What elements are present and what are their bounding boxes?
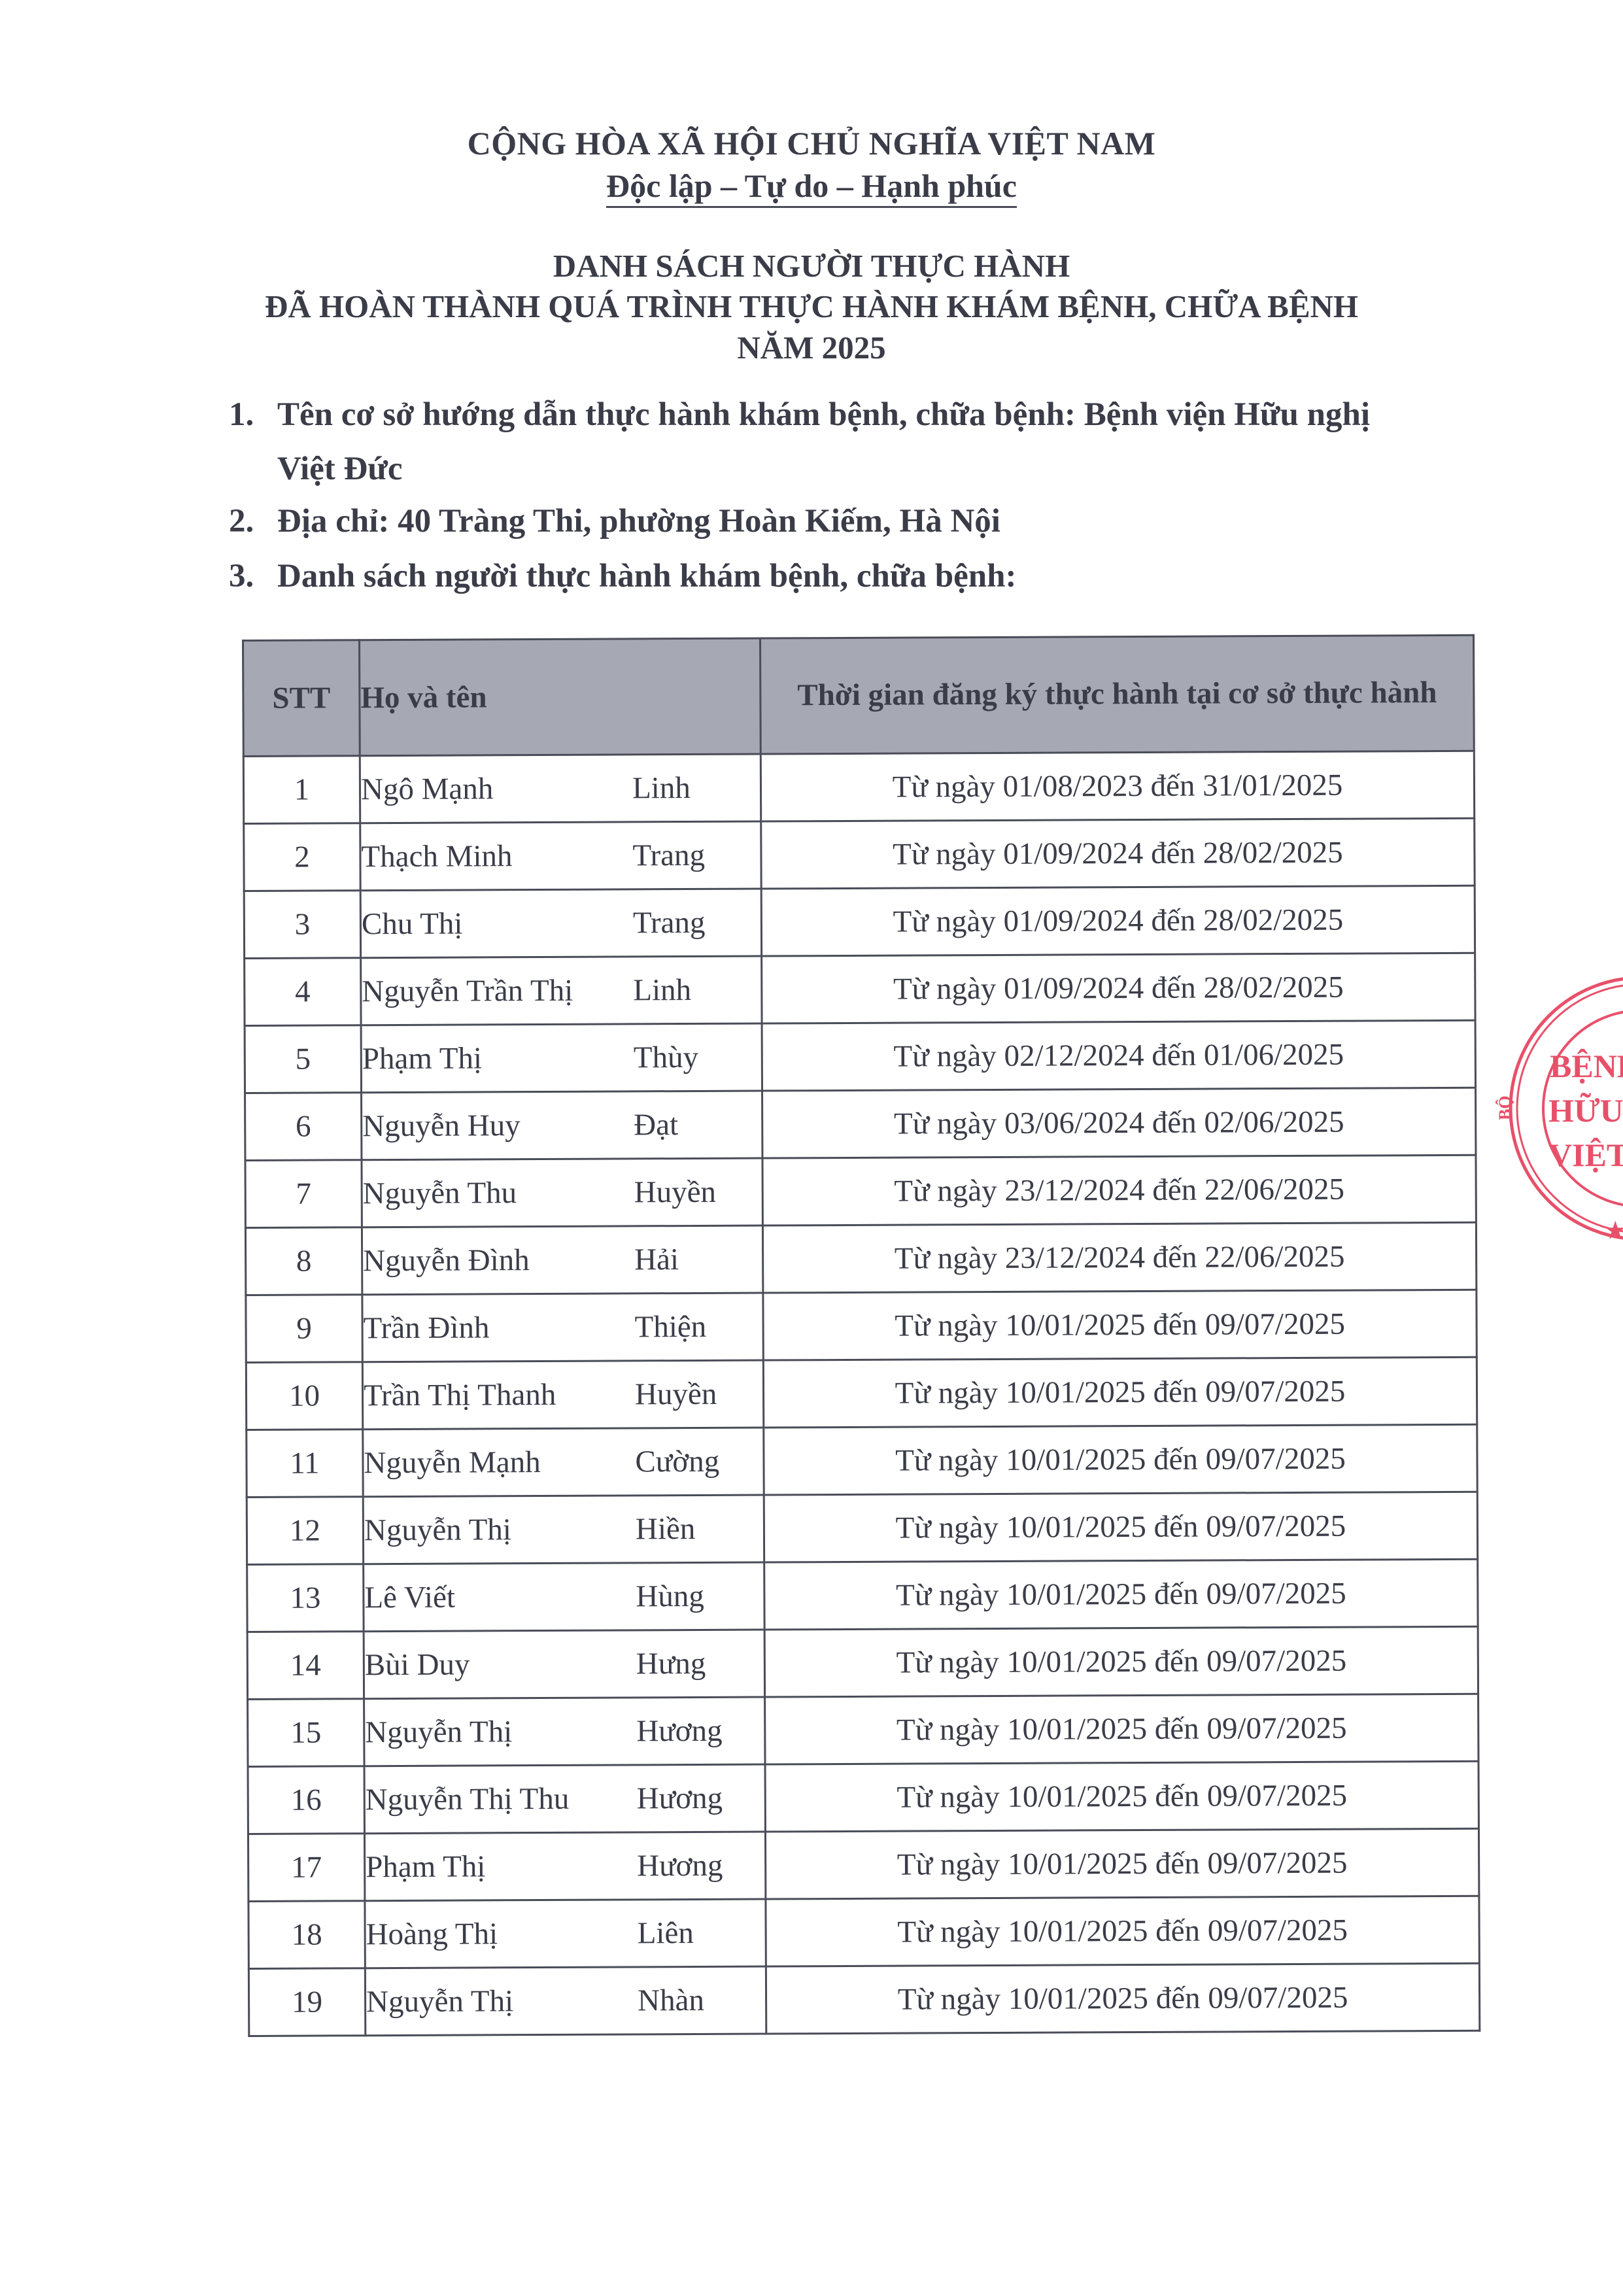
given-name: Trang (632, 838, 705, 873)
table-row: 19Nguyễn ThịNhànTừ ngày 10/01/2025 đến 0… (248, 1963, 1479, 2036)
given-name: Cường (635, 1444, 719, 1480)
header-stt: STT (243, 640, 360, 757)
table-row: 17Phạm ThịHươngTừ ngày 10/01/2025 đến 09… (248, 1828, 1478, 1901)
info-number: 2. (229, 502, 277, 540)
national-motto-text: Độc lập – Tự do – Hạnh phúc (606, 167, 1017, 208)
cell-name: Nguyễn HuyĐạt (362, 1091, 762, 1160)
cell-name: Nguyễn Trần ThịLinh (361, 956, 762, 1025)
header-name: Họ và tên (360, 638, 761, 756)
table-row: 9Trần ĐìnhThiệnTừ ngày 10/01/2025 đến 09… (246, 1290, 1477, 1362)
cell-period: Từ ngày 10/01/2025 đến 09/07/2025 (765, 1694, 1478, 1764)
cell-period: Từ ngày 01/09/2024 đến 28/02/2025 (761, 818, 1475, 889)
given-name: Hương (637, 1781, 723, 1817)
cell-stt: 9 (246, 1295, 362, 1363)
cell-period: Từ ngày 02/12/2024 đến 01/06/2025 (762, 1020, 1475, 1091)
info-text: Danh sách người thực hành khám bệnh, chữ… (277, 558, 1016, 594)
family-name: Phạm Thị (362, 1040, 482, 1076)
cell-name: Nguyễn ĐìnhHải (362, 1225, 762, 1295)
cell-name: Trần Thị ThanhHuyền (362, 1360, 763, 1430)
family-name: Nguyễn Thị Thu (366, 1781, 570, 1817)
cell-stt: 1 (243, 756, 360, 824)
given-name: Linh (633, 972, 691, 1008)
given-name: Hưng (636, 1646, 706, 1681)
cell-name: Thạch MinhTrang (360, 821, 761, 891)
document-title-line-1: DANH SÁCH NGƯỜI THỰC HÀNH (0, 247, 1623, 284)
family-name: Nguyễn Trần Thị (362, 973, 573, 1009)
stamp-line-2: HỮU (1548, 1091, 1623, 1129)
info-text: Địa chỉ: 40 Tràng Thi, phường Hoàn Kiếm,… (277, 503, 1000, 540)
table-row: 8Nguyễn ĐìnhHảiTừ ngày 23/12/2024 đến 22… (245, 1222, 1476, 1295)
table-row: 4Nguyễn Trần ThịLinhTừ ngày 01/09/2024 đ… (245, 953, 1475, 1025)
table-row: 2Thạch MinhTrangTừ ngày 01/09/2024 đến 2… (244, 818, 1475, 891)
family-name: Ngô Mạnh (361, 771, 494, 807)
family-name: Thạch Minh (361, 838, 512, 874)
cell-period: Từ ngày 10/01/2025 đến 09/07/2025 (764, 1424, 1477, 1495)
given-name: Thùy (634, 1040, 698, 1075)
cell-period: Từ ngày 23/12/2024 đến 22/06/2025 (762, 1155, 1476, 1225)
info-item-list-label: 3.Danh sách người thực hành khám bệnh, c… (229, 557, 1016, 595)
cell-period: Từ ngày 10/01/2025 đến 09/07/2025 (766, 1896, 1479, 1966)
national-motto: Độc lập – Tự do – Hạnh phúc (0, 167, 1623, 208)
cell-stt: 12 (247, 1497, 363, 1565)
family-name: Chu Thị (362, 906, 463, 942)
family-name: Nguyễn Đình (363, 1242, 530, 1278)
family-name: Nguyễn Huy (362, 1108, 521, 1144)
cell-stt: 14 (247, 1632, 364, 1700)
cell-name: Nguyễn ThịNhàn (365, 1966, 766, 2036)
cell-period: Từ ngày 10/01/2025 đến 09/07/2025 (765, 1761, 1478, 1832)
family-name: Nguyễn Thu (363, 1175, 517, 1211)
cell-stt: 5 (245, 1025, 361, 1093)
cell-stt: 6 (245, 1093, 362, 1161)
given-name: Đạt (634, 1107, 678, 1142)
cell-stt: 15 (248, 1699, 364, 1767)
given-name: Hương (636, 1713, 723, 1749)
family-name: Nguyễn Thị (366, 1983, 513, 2019)
cell-name: Nguyễn Thị ThuHương (364, 1764, 765, 1834)
cell-name: Nguyễn MạnhCường (363, 1428, 764, 1497)
cell-name: Nguyễn ThịHiền (363, 1495, 764, 1564)
table-row: 5Phạm ThịThùyTừ ngày 02/12/2024 đến 01/0… (245, 1020, 1475, 1093)
info-number: 1. (229, 396, 277, 434)
table-row: 12Nguyễn ThịHiềnTừ ngày 10/01/2025 đến 0… (247, 1492, 1477, 1564)
given-name: Huyền (635, 1377, 717, 1413)
given-name: Hùng (636, 1579, 704, 1614)
cell-period: Từ ngày 10/01/2025 đến 09/07/2025 (764, 1559, 1478, 1630)
cell-name: Chu ThịTrang (360, 889, 761, 958)
given-name: Nhàn (638, 1983, 704, 2018)
family-name: Nguyễn Thị (365, 1714, 512, 1750)
cell-name: Lê ViếtHùng (364, 1562, 764, 1632)
cell-name: Phạm ThịThùy (361, 1023, 762, 1093)
cell-stt: 13 (247, 1564, 364, 1632)
cell-stt: 3 (244, 891, 360, 959)
table-row: 16Nguyễn Thị ThuHươngTừ ngày 10/01/2025 … (248, 1761, 1478, 1834)
table-row: 13Lê ViếtHùngTừ ngày 10/01/2025 đến 09/0… (247, 1559, 1478, 1632)
cell-name: Bùi DuyHưng (364, 1630, 764, 1699)
cell-stt: 18 (248, 1901, 365, 1969)
cell-name: Hoàng ThịLiên (365, 1899, 766, 1968)
cell-period: Từ ngày 03/06/2024 đến 02/06/2025 (762, 1088, 1476, 1158)
star-icon: ★ (1605, 1219, 1623, 1243)
cell-name: Nguyễn ThịHương (364, 1697, 765, 1766)
cell-period: Từ ngày 01/08/2023 đến 31/01/2025 (760, 751, 1474, 821)
given-name: Hương (637, 1848, 723, 1884)
given-name: Hiền (636, 1511, 696, 1547)
given-name: Huyền (634, 1174, 717, 1210)
stamp-line-1: BỆNH (1550, 1048, 1623, 1084)
cell-period: Từ ngày 10/01/2025 đến 09/07/2025 (763, 1357, 1477, 1428)
national-title: CỘNG HÒA XÃ HỘI CHỦ NGHĨA VIỆT NAM (0, 124, 1623, 162)
family-name: Trần Đình (363, 1310, 489, 1346)
cell-name: Ngô MạnhLinh (360, 754, 760, 823)
cell-stt: 7 (245, 1160, 362, 1228)
given-name: Trang (633, 905, 706, 940)
cell-period: Từ ngày 23/12/2024 đến 22/06/2025 (762, 1222, 1476, 1293)
table-row: 10Trần Thị ThanhHuyềnTừ ngày 10/01/2025 … (246, 1357, 1477, 1430)
table-row: 6Nguyễn HuyĐạtTừ ngày 03/06/2024 đến 02/… (245, 1088, 1476, 1160)
table-row: 15Nguyễn ThịHươngTừ ngày 10/01/2025 đến … (248, 1694, 1478, 1766)
given-name: Thiện (634, 1309, 706, 1345)
cell-name: Nguyễn ThuHuyền (362, 1158, 762, 1227)
document-title-line-2: ĐÃ HOÀN THÀNH QUÁ TRÌNH THỰC HÀNH KHÁM B… (0, 288, 1623, 325)
stamp-line-3: VIỆT (1548, 1137, 1623, 1173)
table-row: 11Nguyễn MạnhCườngTừ ngày 10/01/2025 đến… (247, 1424, 1477, 1497)
cell-stt: 8 (245, 1227, 362, 1295)
family-name: Bùi Duy (365, 1647, 470, 1683)
family-name: Phạm Thị (366, 1849, 485, 1885)
given-name: Linh (632, 770, 691, 806)
cell-stt: 16 (248, 1766, 364, 1834)
cell-period: Từ ngày 10/01/2025 đến 09/07/2025 (765, 1828, 1478, 1899)
cell-name: Phạm ThịHương (364, 1832, 765, 1901)
cell-period: Từ ngày 10/01/2025 đến 09/07/2025 (763, 1290, 1477, 1360)
cell-stt: 10 (246, 1362, 362, 1430)
table-row: 1Ngô MạnhLinhTừ ngày 01/08/2023 đến 31/0… (243, 751, 1474, 823)
cell-stt: 4 (245, 958, 361, 1026)
cell-stt: 11 (247, 1430, 363, 1498)
family-name: Trần Thị Thanh (364, 1377, 556, 1413)
cell-stt: 2 (244, 823, 360, 891)
cell-period: Từ ngày 10/01/2025 đến 09/07/2025 (764, 1626, 1478, 1697)
given-name: Liên (638, 1915, 694, 1951)
family-name: Lê Viết (364, 1580, 455, 1616)
family-name: Nguyễn Mạnh (364, 1445, 540, 1481)
table-row: 14Bùi DuyHưngTừ ngày 10/01/2025 đến 09/0… (247, 1626, 1478, 1699)
info-item-facility-continuation: Việt Đức (277, 450, 403, 488)
cell-stt: 19 (248, 1968, 365, 2036)
table-row: 7Nguyễn ThuHuyềnTừ ngày 23/12/2024 đến 2… (245, 1155, 1476, 1227)
cell-name: Trần ĐìnhThiện (362, 1293, 763, 1362)
practitioner-table: STT Họ và tên Thời gian đăng ký thực hàn… (242, 634, 1480, 2037)
cell-period: Từ ngày 10/01/2025 đến 09/07/2025 (764, 1492, 1477, 1562)
cell-stt: 17 (248, 1834, 364, 1902)
cell-period: Từ ngày 10/01/2025 đến 09/07/2025 (766, 1963, 1479, 2034)
table-row: 18Hoàng ThịLiênTừ ngày 10/01/2025 đến 09… (248, 1896, 1479, 1968)
info-number: 3. (229, 557, 277, 595)
stamp-side-text: BỘ (1495, 1095, 1514, 1120)
cell-period: Từ ngày 01/09/2024 đến 28/02/2025 (761, 885, 1475, 956)
table-header-row: STT Họ và tên Thời gian đăng ký thực hàn… (243, 635, 1475, 756)
header-period: Thời gian đăng ký thực hành tại cơ sở th… (760, 635, 1474, 754)
official-stamp: BỆNH HỮU VIỆT BỘ ★ (1471, 965, 1623, 1252)
info-text: Tên cơ sở hướng dẫn thực hành khám bệnh,… (277, 396, 1370, 433)
family-name: Hoàng Thị (366, 1916, 498, 1952)
family-name: Nguyễn Thị (364, 1512, 511, 1548)
given-name: Hải (634, 1242, 679, 1277)
cell-period: Từ ngày 01/09/2024 đến 28/02/2025 (762, 953, 1475, 1023)
table-row: 3Chu ThịTrangTừ ngày 01/09/2024 đến 28/0… (244, 885, 1475, 958)
document-title-line-3: NĂM 2025 (0, 329, 1623, 366)
info-item-address: 2.Địa chỉ: 40 Tràng Thi, phường Hoàn Kiế… (229, 502, 1000, 540)
info-item-facility: 1.Tên cơ sở hướng dẫn thực hành khám bện… (229, 396, 1370, 434)
